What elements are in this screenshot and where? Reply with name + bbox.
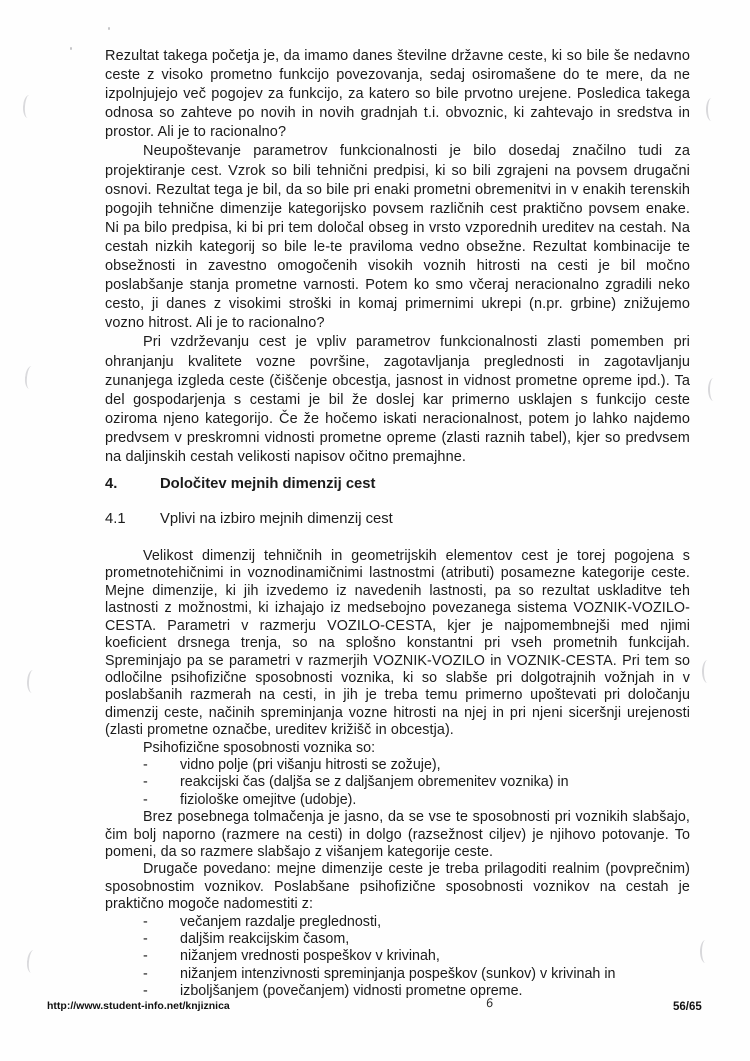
list-bullet: - (143, 757, 148, 774)
scan-artifact (702, 660, 713, 683)
list-item-text: večanjem razdalje preglednosti, (180, 914, 381, 930)
list-item: - nižanjem vrednosti pospeškov v krivina… (105, 948, 690, 965)
abilities-list: - vidno polje (pri višanju hitrosti se z… (105, 757, 690, 809)
list-item: - daljšim reakcijskim časom, (105, 931, 690, 948)
section-4-body: Velikost dimenzij tehničnih in geometrij… (105, 548, 690, 1001)
paragraph-4: Velikost dimenzij tehničnih in geometrij… (105, 548, 690, 739)
list-item: - vidno polje (pri višanju hitrosti se z… (105, 757, 690, 774)
remedies-list: - večanjem razdalje preglednosti, - dalj… (105, 914, 690, 1001)
list-item-text: nižanjem vrednosti pospeškov v krivinah, (180, 948, 440, 964)
scan-artifact (708, 378, 719, 401)
page-counter: 56/65 (673, 1001, 702, 1013)
scan-artifact (700, 940, 711, 963)
list-bullet: - (143, 774, 148, 791)
scan-speck (108, 27, 110, 30)
scan-artifact (706, 98, 717, 121)
paragraph-6: Drugače povedano: mejne dimenzije ceste … (105, 861, 690, 913)
list-item: - reakcijski čas (daljša se z daljšanjem… (105, 774, 690, 791)
paragraph-2: Neupoštevanje parametrov funkcionalnosti… (105, 142, 690, 333)
paragraph-1: Rezultat takega početja je, da imamo dan… (105, 47, 690, 142)
list-bullet: - (143, 931, 148, 948)
list-item-text: vidno polje (pri višanju hitrosti se zož… (180, 757, 441, 773)
list-item: - nižanjem intenzivnosti spreminjanja po… (105, 966, 690, 983)
scanned-page: Rezultat takega početja je, da imamo dan… (0, 0, 750, 1061)
list-item-text: reakcijski čas (daljša se z daljšanjem o… (180, 774, 569, 790)
list-bullet: - (143, 914, 148, 931)
list-item-text: fiziološke omejitve (udobje). (180, 792, 356, 808)
scan-artifact (26, 670, 38, 694)
section-heading-4-1: 4.1 Vplivi na izbiro mejnih dimenzij ces… (105, 510, 690, 529)
paragraph-5: Brez posebnega tolmačenja je jasno, da s… (105, 809, 690, 861)
abilities-lead: Psihofizične sposobnosti voznika so: (105, 740, 690, 757)
section-number: 4. (105, 475, 160, 494)
page-number: 6 (485, 996, 494, 1011)
list-item: - večanjem razdalje preglednosti, (105, 914, 690, 931)
list-item-text: daljšim reakcijskim časom, (180, 931, 349, 947)
subsection-number: 4.1 (105, 510, 160, 529)
list-bullet: - (143, 948, 148, 965)
scan-speck (70, 47, 72, 50)
section-heading-4: 4. Določitev mejnih dimenzij cest (105, 475, 690, 494)
page-footer: http://www.student-info.net/knjiznica 6 … (0, 995, 750, 1019)
footer-url: http://www.student-info.net/knjiznica (47, 1000, 230, 1012)
scan-artifact (22, 95, 35, 119)
list-bullet: - (143, 792, 148, 809)
section-title: Določitev mejnih dimenzij cest (160, 475, 375, 494)
paragraph-3: Pri vzdrževanju cest je vpliv parametrov… (105, 333, 690, 467)
scan-artifact (24, 365, 37, 389)
subsection-title: Vplivi na izbiro mejnih dimenzij cest (160, 510, 393, 529)
scan-artifact (26, 949, 39, 973)
list-item-text: nižanjem intenzivnosti spreminjanja posp… (180, 966, 615, 982)
list-bullet: - (143, 966, 148, 983)
list-item: - fiziološke omejitve (udobje). (105, 792, 690, 809)
page-body: Rezultat takega početja je, da imamo dan… (105, 47, 690, 1001)
